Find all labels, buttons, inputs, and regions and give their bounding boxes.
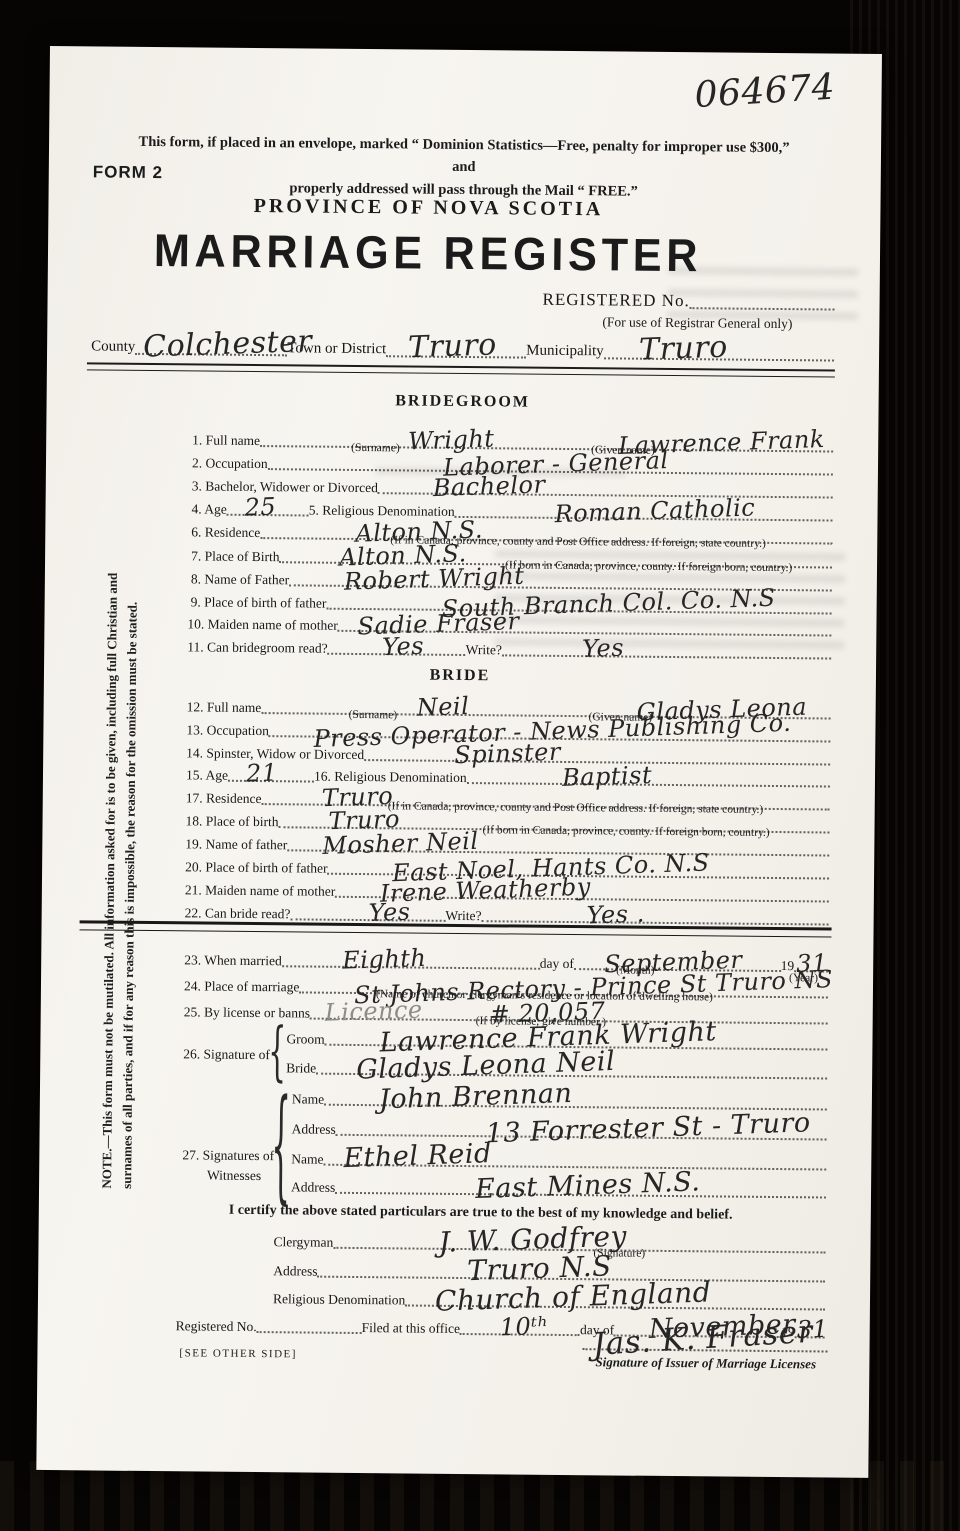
witness2-address-row: Address East Mines N.S.	[291, 1176, 826, 1198]
field-label: 3. Bachelor, Widower or Divorced	[192, 479, 378, 494]
registered-no-label: REGISTERED No.	[543, 291, 690, 309]
clergyman-address-row: Address Truro N.S	[273, 1260, 825, 1282]
field-label: 17. Residence	[186, 791, 262, 805]
bride-father-row: 19. Name of father Mosher Neil	[185, 833, 829, 856]
field-blank: Church of England	[405, 1287, 825, 1310]
scanned-marriage-register: { "colors": { "paper": "#f5f2ec", "ink":…	[0, 0, 960, 1531]
clergyman-label: Clergyman	[273, 1235, 333, 1249]
registered-no-blank	[690, 290, 835, 310]
witness2-name-handwritten: Ethel Reid	[343, 1138, 492, 1174]
field-label: Write?	[466, 643, 502, 657]
see-other-side-note: [SEE OTHER SIDE]	[179, 1347, 297, 1360]
bridegroom-read-write-row: 11. Can bridegroom read? Yes Write? Yes	[187, 636, 831, 659]
field-blank: Roman Catholic	[455, 499, 833, 522]
signature-of-label: 26. Signature of	[183, 1047, 270, 1061]
field-label: 10. Maiden name of mother	[187, 617, 337, 632]
field-blank: Bachelor	[378, 475, 833, 498]
bridegroom-fullname-row: 1. Full name Wright Lawrence Frank	[192, 429, 833, 452]
field-label: Write?	[445, 908, 481, 922]
field-blank	[257, 1314, 362, 1334]
form-page: 064674 This form, if placed in an envelo…	[36, 46, 882, 1478]
address-label: Address	[292, 1122, 336, 1136]
field-blank: 13 Forrester St - Truro	[336, 1117, 827, 1141]
field-label: 19. Name of father	[185, 837, 287, 851]
name-label: Name	[291, 1152, 323, 1166]
registered-no-row: REGISTERED No.	[543, 291, 835, 311]
bride-status-row: 14. Spinster, Widow or Divorced Spinster	[186, 742, 830, 765]
witnesses-label-line2: Witnesses	[182, 1166, 274, 1187]
address-label: Address	[291, 1180, 335, 1194]
bridegroom-age-handwritten: 25	[244, 493, 276, 522]
field-label: 25. By license or banns	[184, 1005, 310, 1020]
location-row: County Colchester Town or District Truro…	[91, 334, 834, 361]
bridegroom-surname-handwritten: Wright	[408, 424, 495, 455]
mail-instructions-line1: This form, if placed in an envelope, mar…	[129, 131, 799, 182]
field-label: 6. Residence	[191, 525, 260, 539]
bride-age-religion-row: 15. Age 21 16. Religious Denomination Ba…	[186, 764, 830, 787]
field-label: 5. Religious Denomination	[309, 503, 455, 518]
field-blank: East Mines N.S.	[335, 1175, 826, 1199]
field-blank: Baptist	[467, 765, 831, 787]
mail-instructions: This form, if placed in an envelope, mar…	[129, 131, 800, 205]
handwritten-document-number: 064674	[693, 67, 836, 116]
bride-label: Bride	[286, 1061, 316, 1075]
name-label: Name	[292, 1092, 324, 1106]
field-blank: Eighth	[282, 948, 540, 969]
bridegroom-mother-row: 10. Maiden name of mother Sadie Fraser	[187, 613, 831, 636]
field-label: 24. Place of marriage	[184, 979, 300, 994]
municipality-label: Municipality	[526, 344, 604, 360]
county-blank: Colchester	[135, 333, 287, 356]
field-blank: Yes	[328, 636, 466, 656]
filed-label: Filed at this office	[362, 1321, 460, 1335]
field-blank: 25	[227, 497, 309, 517]
witness1-name-row: Name John Brennan	[292, 1088, 827, 1110]
field-label: 8. Name of Father	[191, 572, 289, 586]
field-label: 1. Full name	[192, 433, 260, 447]
issuer-signature-label: Signature of Issuer of Marriage Licenses	[595, 1354, 816, 1372]
field-label: 21. Maiden name of mother	[185, 883, 335, 898]
field-blank: Yes .	[482, 903, 829, 925]
witness2-address-handwritten: East Mines N.S.	[475, 1166, 701, 1205]
bride-religion-handwritten: Baptist	[561, 761, 652, 792]
field-label: 23. When married	[184, 953, 282, 967]
field-label: day of	[540, 956, 574, 970]
county-label: County	[91, 339, 135, 354]
denomination-label: Religious Denomination	[273, 1292, 405, 1307]
field-blank: Laborer - General	[268, 451, 833, 475]
registrar-only-note: (For use of Registrar General only)	[602, 315, 792, 330]
witness2-name-row: Name Ethel Reid	[291, 1148, 826, 1170]
curly-brace: {	[271, 1088, 291, 1211]
field-label: 11. Can bridegroom read?	[187, 640, 328, 655]
field-label: 15. Age	[186, 768, 228, 782]
municipality-blank: Truro	[604, 337, 835, 361]
field-blank: John Brennan	[324, 1087, 827, 1111]
witnesses-label: 27. Signatures of Witnesses	[182, 1145, 274, 1186]
field-label: 18. Place of birth	[186, 814, 279, 828]
town-handwritten: Truro	[408, 327, 498, 365]
field-label: 7. Place of Birth	[191, 549, 280, 563]
bridegroom-read-handwritten: Yes	[382, 632, 425, 661]
field-blank: 21	[228, 763, 314, 783]
clergyman-row: Clergyman J. W. Godfrey	[273, 1231, 825, 1253]
address-label: Address	[273, 1264, 317, 1278]
witness1-address-row: Address 13 Forrester St - Truro	[292, 1118, 827, 1140]
field-blank: 10ᵗʰ	[460, 1316, 580, 1336]
county-handwritten: Colchester	[143, 324, 313, 365]
certification-statement: I certify the above stated particulars a…	[229, 1203, 733, 1224]
bride-signature-row: Bride Gladys Leona Neil	[286, 1057, 827, 1079]
groom-label: Groom	[286, 1032, 324, 1046]
bride-section-title: BRIDE	[44, 664, 876, 688]
filed-day-handwritten: 10ᵗʰ	[500, 1312, 550, 1342]
field-blank: Truro N.S	[317, 1259, 825, 1283]
field-label: 4. Age	[192, 502, 227, 516]
field-label: 20. Place of birth of father	[185, 860, 328, 875]
bridegroom-age-religion-row: 4. Age 25 5. Religious Denomination Roma…	[192, 498, 833, 521]
field-label: 12. Full name	[187, 700, 262, 714]
field-label: 9. Place of birth of father	[191, 595, 327, 610]
margin-note-vertical: NOTE.—This form must not be mutilated. A…	[97, 549, 143, 1189]
page-title: MARRIAGE REGISTER	[71, 222, 786, 283]
marriage-day-handwritten: Eighth	[341, 944, 426, 975]
town-blank: Truro	[386, 335, 526, 358]
bride-age-handwritten: 21	[246, 759, 278, 788]
bride-surname-handwritten: Neil	[416, 692, 469, 722]
municipality-handwritten: Truro	[638, 330, 728, 368]
bridegroom-write-handwritten: Yes	[581, 634, 624, 663]
field-blank: Gladys Leona Neil	[316, 1056, 827, 1080]
field-label: 2. Occupation	[192, 456, 268, 470]
bridegroom-status-handwritten: Bachelor	[432, 470, 546, 502]
field-blank: Yes	[502, 637, 832, 659]
field-label: 13. Occupation	[186, 723, 269, 737]
denomination-row: Religious Denomination Church of England	[273, 1288, 825, 1310]
witness1-name-handwritten: John Brennan	[379, 1078, 573, 1116]
witness1-address-handwritten: 13 Forrester St - Truro	[485, 1107, 811, 1149]
registered-no-bottom-label: Registered No.	[176, 1319, 257, 1333]
field-blank: Ethel Reid	[323, 1147, 826, 1171]
license-type-handwritten: Licence	[325, 995, 424, 1026]
form-number-label: FORM 2	[93, 162, 163, 183]
bride-mother-row: 21. Maiden name of mother Irene Weatherb…	[185, 879, 829, 902]
field-label: 22. Can bride read?	[185, 906, 291, 921]
witnesses-label-line1: 27. Signatures of	[182, 1145, 274, 1166]
field-blank: Yes	[290, 901, 445, 921]
bridegroom-section-title: BRIDEGROOM	[47, 390, 879, 414]
field-blank: Wright Lawrence Frank	[260, 428, 833, 453]
